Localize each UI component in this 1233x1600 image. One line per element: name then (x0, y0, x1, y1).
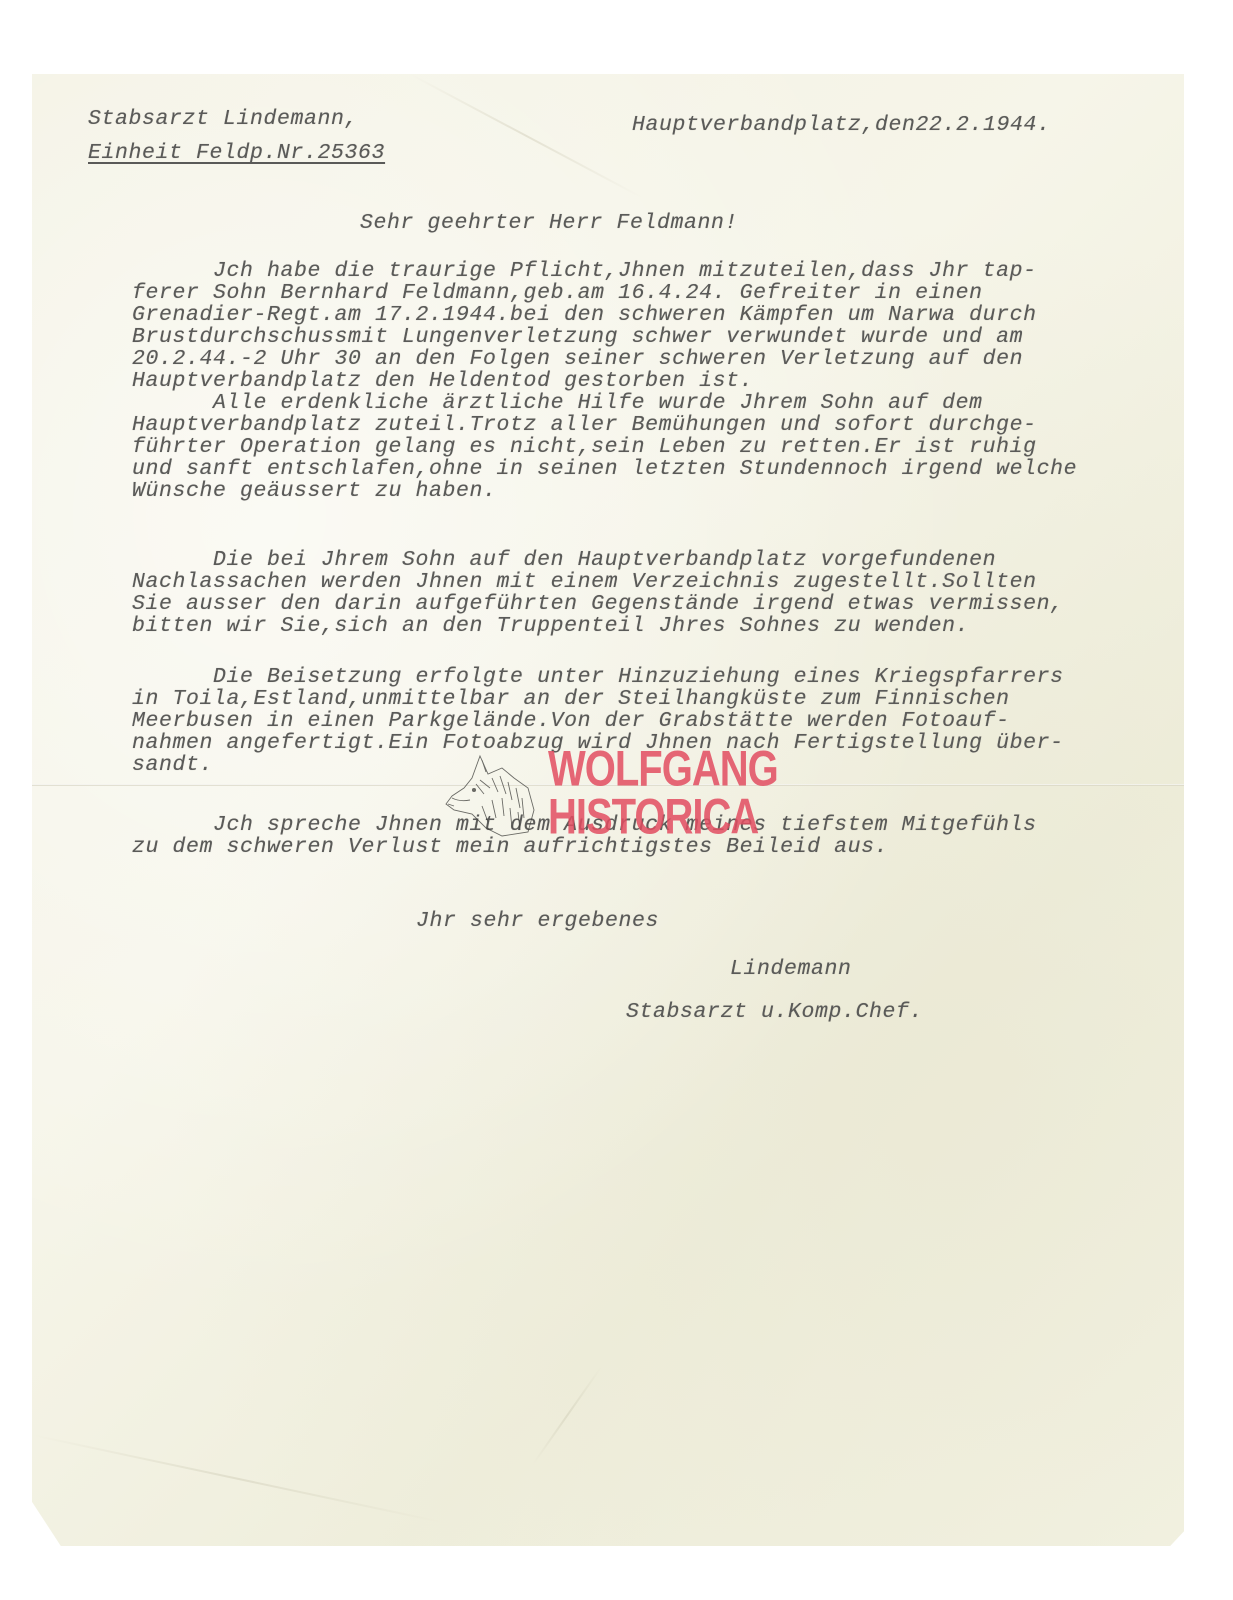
text-line: Hauptverbandplatz zuteil.Trotz aller Bem… (132, 414, 1172, 436)
text-line: und sanft entschlafen,ohne in seinen let… (132, 458, 1172, 480)
text-line: Sie ausser den darin aufgeführten Gegens… (132, 593, 1172, 615)
signature-name: Lindemann (730, 958, 852, 980)
paper-crease (411, 74, 642, 198)
text-line: Wünsche geäussert zu haben. (132, 480, 1172, 502)
text-line: ferer Sohn Bernhard Feldmann,geb.am 16.4… (132, 282, 1172, 304)
text-line: in Toila,Estland,unmittelbar an der Stei… (132, 688, 1172, 710)
text-line: Jch spreche Jhnen mit dem Ausdruck meine… (132, 814, 1172, 836)
closing: Jhr sehr ergebenes (416, 910, 659, 932)
paper-crease (532, 1366, 602, 1465)
text-line: Alle erdenkliche ärztliche Hilfe wurde J… (132, 392, 1172, 414)
paragraph-death-notice: Jch habe die traurige Pflicht,Jhnen mitz… (132, 260, 1172, 502)
paper-crease (32, 1434, 443, 1523)
text-line: Die bei Jhrem Sohn auf den Hauptverbandp… (132, 549, 1172, 571)
place-date: Hauptverbandplatz,den22.2.1944. (632, 114, 1051, 136)
text-line: Grenadier-Regt.am 17.2.1944.bei den schw… (132, 304, 1172, 326)
text-line: Die Beisetzung erfolgte unter Hinzuziehu… (132, 666, 1172, 688)
text-line: bitten wir Sie,sich an den Truppenteil J… (132, 615, 1172, 637)
paragraph-burial: Die Beisetzung erfolgte unter Hinzuziehu… (132, 666, 1172, 776)
text-line: 20.2.44.-2 Uhr 30 an den Folgen seiner s… (132, 348, 1172, 370)
salutation: Sehr geehrter Herr Feldmann! (360, 212, 738, 234)
text-line: sandt. (132, 754, 1172, 776)
paragraph-belongings: Die bei Jhrem Sohn auf den Hauptverbandp… (132, 549, 1172, 637)
text-line: nahmen angefertigt.Ein Fotoabzug wird Jh… (132, 732, 1172, 754)
text-line: Brustdurchschussmit Lungenverletzung sch… (132, 326, 1172, 348)
sender-unit: Einheit Feldp.Nr.25363 (88, 142, 385, 164)
signature-title: Stabsarzt u.Komp.Chef. (626, 1001, 923, 1023)
horizontal-fold-line (32, 784, 1184, 786)
text-line: zu dem schweren Verlust mein aufrichtigs… (132, 836, 1172, 858)
paragraph-condolence: Jch spreche Jhnen mit dem Ausdruck meine… (132, 814, 1172, 858)
sender-name: Stabsarzt Lindemann, (88, 108, 358, 130)
text-line: führter Operation gelang es nicht,sein L… (132, 436, 1172, 458)
text-line: Nachlassachen werden Jhnen mit einem Ver… (132, 571, 1172, 593)
text-line: Hauptverbandplatz den Heldentod gestorbe… (132, 370, 1172, 392)
text-line: Meerbusen in einen Parkgelände.Von der G… (132, 710, 1172, 732)
text-line: Jch habe die traurige Pflicht,Jhnen mitz… (132, 260, 1172, 282)
